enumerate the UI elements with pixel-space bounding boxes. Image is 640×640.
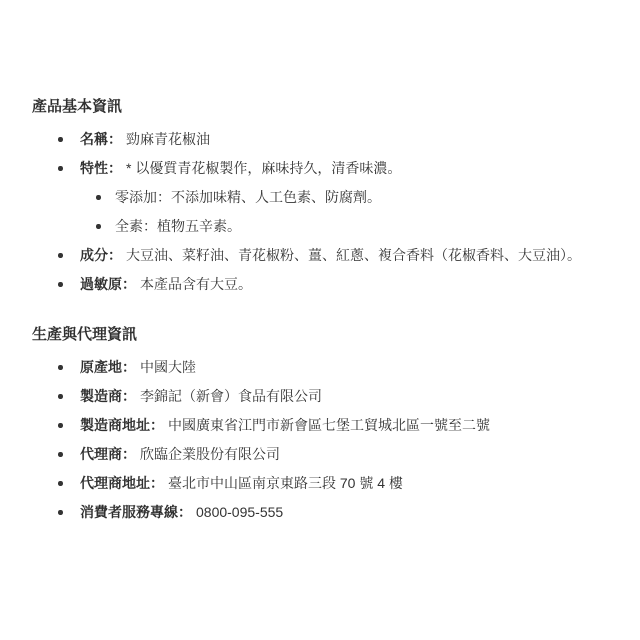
product-info: 產品基本資訊名稱：勁麻青花椒油特性：* 以優質青花椒製作，麻味持久，清香味濃。零…	[0, 0, 640, 522]
bullet-icon	[96, 195, 101, 200]
bullet-icon	[58, 510, 63, 515]
list-item: 過敏原：本產品含有大豆。	[80, 274, 620, 294]
section-heading: 產品基本資訊	[32, 97, 620, 116]
list-item: 全素：植物五辛素。	[115, 216, 620, 236]
bullet-icon	[58, 137, 63, 142]
list-item: 原產地：中國大陸	[80, 357, 620, 377]
bullet-icon	[58, 394, 63, 399]
list-item: 製造商：李錦記（新會）食品有限公司	[80, 386, 620, 406]
item-label: 成分：	[80, 247, 122, 263]
bullet-icon	[58, 423, 63, 428]
item-label: 製造商：	[80, 388, 136, 404]
item-label: 製造商地址：	[80, 417, 164, 433]
list-item: 消費者服務專線：0800-095-555	[80, 502, 620, 522]
list-item: 製造商地址：中國廣東省江門市新會區七堡工貿城北區一號至二號	[80, 415, 620, 435]
item-text: 全素：植物五辛素。	[115, 218, 241, 234]
list-item: 成分：大豆油、菜籽油、青花椒粉、薑、紅蔥、複合香料（花椒香料、大豆油）。	[80, 245, 620, 265]
list-item: 代理商地址：臺北市中山區南京東路三段 70 號 4 樓	[80, 473, 620, 493]
list-item: 特性：* 以優質青花椒製作，麻味持久，清香味濃。	[80, 158, 620, 178]
list-item: 代理商：欣臨企業股份有限公司	[80, 444, 620, 464]
info-list: 名稱：勁麻青花椒油特性：* 以優質青花椒製作，麻味持久，清香味濃。零添加：不添加…	[32, 129, 620, 294]
item-text: 大豆油、菜籽油、青花椒粉、薑、紅蔥、複合香料（花椒香料、大豆油）。	[126, 247, 581, 263]
item-text: 0800-095-555	[196, 504, 283, 520]
item-text: 中國大陸	[140, 359, 196, 375]
item-label: 過敏原：	[80, 276, 136, 292]
bullet-icon	[58, 253, 63, 258]
item-label: 代理商：	[80, 446, 136, 462]
item-label: 名稱：	[80, 131, 122, 147]
item-label: 代理商地址：	[80, 475, 164, 491]
item-label: 消費者服務專線：	[80, 504, 192, 520]
list-item: 零添加：不添加味精、人工色素、防腐劑。	[115, 187, 620, 207]
item-text: 勁麻青花椒油	[126, 131, 210, 147]
bullet-icon	[96, 224, 101, 229]
item-label: 特性：	[80, 160, 122, 176]
bullet-icon	[58, 452, 63, 457]
bullet-icon	[58, 282, 63, 287]
item-text: 臺北市中山區南京東路三段 70 號 4 樓	[168, 475, 403, 491]
section-heading: 生產與代理資訊	[32, 325, 620, 344]
bullet-icon	[58, 481, 63, 486]
item-text: 本產品含有大豆。	[140, 276, 252, 292]
bullet-icon	[58, 166, 63, 171]
info-list: 原產地：中國大陸製造商：李錦記（新會）食品有限公司製造商地址：中國廣東省江門市新…	[32, 357, 620, 522]
list-item: 名稱：勁麻青花椒油	[80, 129, 620, 149]
item-label: 原產地：	[80, 359, 136, 375]
item-text: 欣臨企業股份有限公司	[140, 446, 280, 462]
item-text: 李錦記（新會）食品有限公司	[140, 388, 322, 404]
item-text: * 以優質青花椒製作，麻味持久，清香味濃。	[126, 160, 401, 176]
item-text: 零添加：不添加味精、人工色素、防腐劑。	[115, 189, 381, 205]
info-section: 產品基本資訊名稱：勁麻青花椒油特性：* 以優質青花椒製作，麻味持久，清香味濃。零…	[32, 97, 620, 294]
bullet-icon	[58, 365, 63, 370]
info-section: 生產與代理資訊原產地：中國大陸製造商：李錦記（新會）食品有限公司製造商地址：中國…	[32, 325, 620, 522]
item-text: 中國廣東省江門市新會區七堡工貿城北區一號至二號	[168, 417, 490, 433]
